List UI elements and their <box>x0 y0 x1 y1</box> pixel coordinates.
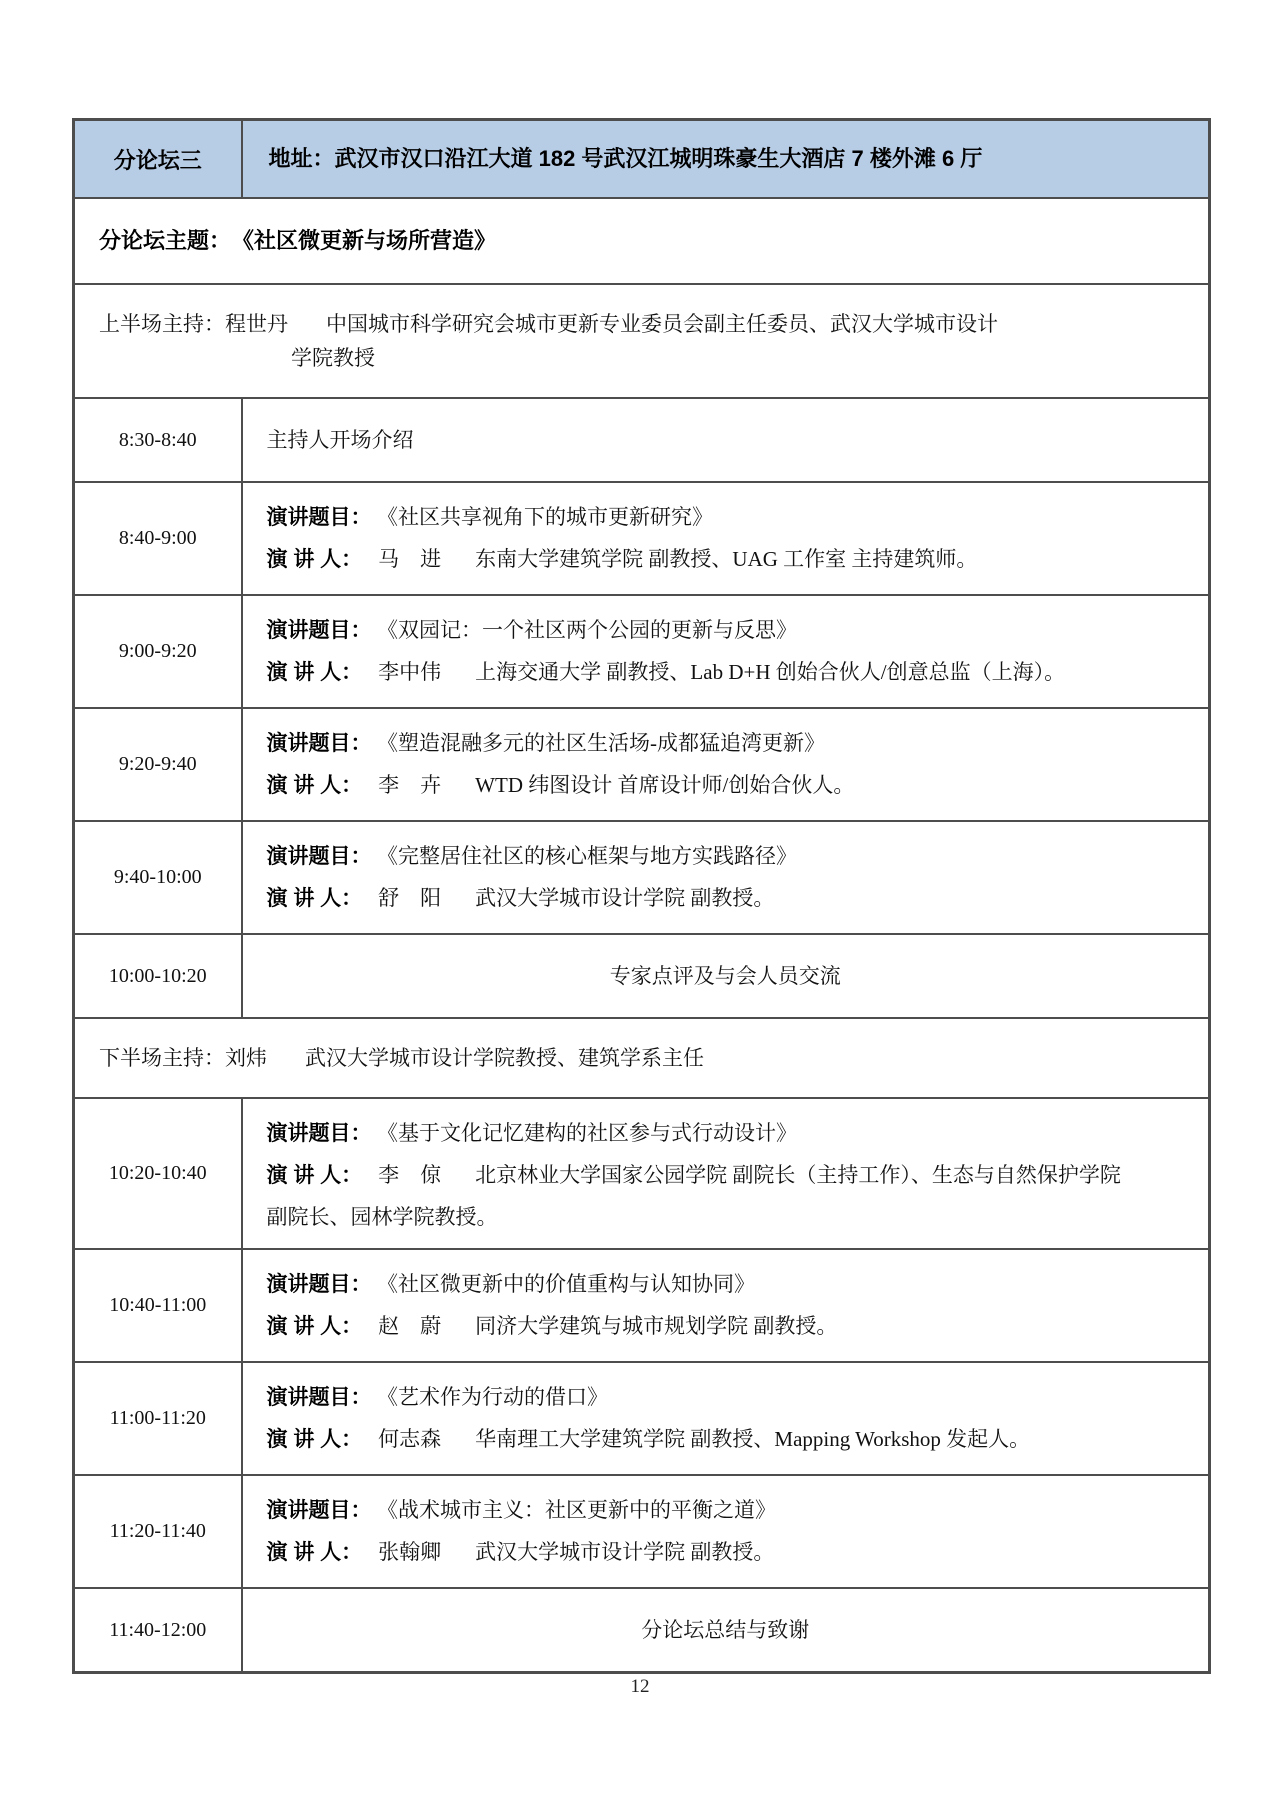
time-cell: 9:00-9:20 <box>74 595 242 708</box>
theme-title: 《社区微更新与场所营造》 <box>243 228 496 253</box>
session-title-line: 演讲题目：《战术城市主义：社区更新中的平衡之道》 <box>267 1491 1185 1530</box>
document-page: 分论坛三地址：武汉市汉口沿江大道 182 号武汉江城明珠豪生大酒店 7 楼外滩 … <box>0 0 1280 1810</box>
session-cell: 演讲题目：《社区共享视角下的城市更新研究》演 讲 人：马 进东南大学建筑学院 副… <box>242 482 1210 595</box>
agenda-row: 9:00-9:20演讲题目：《双园记：一个社区两个公园的更新与反思》演 讲 人：… <box>74 595 1210 708</box>
speaker-name: 张翰卿 <box>378 1540 441 1564</box>
page-number: 12 <box>0 1676 1280 1698</box>
host-line: 下半场主持：刘炜武汉大学城市设计学院教授、建筑学系主任 <box>99 1041 1184 1075</box>
speaker-label: 演 讲 人： <box>267 1428 363 1451</box>
agenda-row: 分论坛主题：《社区微更新与场所营造》 <box>74 198 1210 284</box>
speaker-label: 演 讲 人： <box>267 1541 363 1564</box>
agenda-table: 分论坛三地址：武汉市汉口沿江大道 182 号武汉江城明珠豪生大酒店 7 楼外滩 … <box>72 118 1211 1674</box>
time-cell: 11:40-12:00 <box>74 1588 242 1673</box>
speaker-label: 演 讲 人： <box>267 548 363 571</box>
session-title: 《艺术作为行动的借口》 <box>388 1385 609 1409</box>
time-cell: 8:40-9:00 <box>74 482 242 595</box>
title-label: 演讲题目： <box>267 845 372 868</box>
host-line: 上半场主持：程世丹中国城市科学研究会城市更新专业委员会副主任委员、武汉大学城市设… <box>99 307 1184 341</box>
host-prefix: 上半场主持：程世丹 <box>99 312 288 336</box>
agenda-row: 11:00-11:20演讲题目：《艺术作为行动的借口》演 讲 人：何志森华南理工… <box>74 1362 1210 1475</box>
speaker-name: 赵 蔚 <box>378 1314 441 1338</box>
session-speaker-line: 演 讲 人：李 卉WTD 纬图设计 首席设计师/创始合伙人。 <box>267 766 1185 805</box>
session-cell: 演讲题目：《双园记：一个社区两个公园的更新与反思》演 讲 人：李中伟上海交通大学… <box>242 595 1210 708</box>
session-cell: 分论坛总结与致谢 <box>242 1588 1210 1673</box>
speaker-name: 李 卉 <box>378 773 441 797</box>
speaker-label: 演 讲 人： <box>267 1315 363 1338</box>
session-title: 《双园记：一个社区两个公园的更新与反思》 <box>388 618 798 642</box>
speaker-affiliation: WTD 纬图设计 首席设计师/创始合伙人。 <box>475 773 854 797</box>
forum-label-cell: 分论坛三 <box>74 120 242 199</box>
speaker-name: 李中伟 <box>378 660 441 684</box>
speaker-name: 舒 阳 <box>378 886 441 910</box>
host-prefix: 下半场主持：刘炜 <box>99 1046 267 1070</box>
speaker-name: 何志森 <box>378 1427 441 1451</box>
session-title-line: 演讲题目：《社区微更新中的价值重构与认知协同》 <box>267 1265 1185 1304</box>
agenda-row: 11:20-11:40演讲题目：《战术城市主义：社区更新中的平衡之道》演 讲 人… <box>74 1475 1210 1588</box>
speaker-name: 李 倞 <box>378 1163 441 1187</box>
session-cell: 演讲题目：《艺术作为行动的借口》演 讲 人：何志森华南理工大学建筑学院 副教授、… <box>242 1362 1210 1475</box>
session-note: 分论坛总结与致谢 <box>267 1615 1185 1645</box>
session-speaker-line: 演 讲 人：何志森华南理工大学建筑学院 副教授、Mapping Workshop… <box>267 1420 1185 1459</box>
session-title-line: 演讲题目：《社区共享视角下的城市更新研究》 <box>267 498 1185 537</box>
session-speaker-line: 演 讲 人：李中伟上海交通大学 副教授、Lab D+H 创始合伙人/创意总监（上… <box>267 653 1185 692</box>
speaker-affiliation: 北京林业大学国家公园学院 副院长（主持工作）、生态与自然保护学院 <box>475 1163 1121 1187</box>
speaker-affiliation-cont: 副院长、园林学院教授。 <box>267 1198 1185 1236</box>
session-title: 《战术城市主义：社区更新中的平衡之道》 <box>388 1498 777 1522</box>
speaker-label: 演 讲 人： <box>267 887 363 910</box>
session-cell: 演讲题目：《完整居住社区的核心框架与地方实践路径》演 讲 人：舒 阳武汉大学城市… <box>242 821 1210 934</box>
host-cell: 上半场主持：程世丹中国城市科学研究会城市更新专业委员会副主任委员、武汉大学城市设… <box>74 284 1210 398</box>
session-speaker-line: 演 讲 人：李 倞北京林业大学国家公园学院 副院长（主持工作）、生态与自然保护学… <box>267 1156 1185 1195</box>
session-title-line: 演讲题目：《艺术作为行动的借口》 <box>267 1378 1185 1417</box>
host-affiliation-cont: 学院教授 <box>291 341 1184 375</box>
time-cell: 10:20-10:40 <box>74 1098 242 1249</box>
agenda-row: 上半场主持：程世丹中国城市科学研究会城市更新专业委员会副主任委员、武汉大学城市设… <box>74 284 1210 398</box>
speaker-label: 演 讲 人： <box>267 774 363 797</box>
host-affiliation: 武汉大学城市设计学院教授、建筑学系主任 <box>305 1046 704 1070</box>
speaker-affiliation: 东南大学建筑学院 副教授、UAG 工作室 主持建筑师。 <box>475 547 977 571</box>
speaker-label: 演 讲 人： <box>267 661 363 684</box>
speaker-affiliation: 武汉大学城市设计学院 副教授。 <box>475 1540 774 1564</box>
speaker-affiliation: 华南理工大学建筑学院 副教授、Mapping Workshop 发起人。 <box>475 1427 1030 1451</box>
agenda-row: 9:20-9:40演讲题目：《塑造混融多元的社区生活场-成都猛追湾更新》演 讲 … <box>74 708 1210 821</box>
session-title-line: 演讲题目：《完整居住社区的核心框架与地方实践路径》 <box>267 837 1185 876</box>
title-label: 演讲题目： <box>267 1122 372 1145</box>
title-label: 演讲题目： <box>267 1386 372 1409</box>
theme-cell: 分论坛主题：《社区微更新与场所营造》 <box>74 198 1210 284</box>
session-speaker-line: 演 讲 人：张翰卿武汉大学城市设计学院 副教授。 <box>267 1533 1185 1572</box>
session-cell: 主持人开场介绍 <box>242 398 1210 482</box>
title-label: 演讲题目： <box>267 506 372 529</box>
session-note: 专家点评及与会人员交流 <box>267 961 1185 991</box>
time-cell: 9:40-10:00 <box>74 821 242 934</box>
session-title: 《社区微更新中的价值重构与认知协同》 <box>388 1272 756 1296</box>
session-cell: 演讲题目：《战术城市主义：社区更新中的平衡之道》演 讲 人：张翰卿武汉大学城市设… <box>242 1475 1210 1588</box>
address-cell: 地址：武汉市汉口沿江大道 182 号武汉江城明珠豪生大酒店 7 楼外滩 6 厅 <box>242 120 1210 199</box>
session-note: 主持人开场介绍 <box>267 425 1185 455</box>
session-speaker-line: 演 讲 人：舒 阳武汉大学城市设计学院 副教授。 <box>267 879 1185 918</box>
time-cell: 9:20-9:40 <box>74 708 242 821</box>
speaker-label: 演 讲 人： <box>267 1164 363 1187</box>
session-speaker-line: 演 讲 人：马 进东南大学建筑学院 副教授、UAG 工作室 主持建筑师。 <box>267 540 1185 579</box>
time-cell: 8:30-8:40 <box>74 398 242 482</box>
title-label: 演讲题目： <box>267 1273 372 1296</box>
agenda-row: 10:20-10:40演讲题目：《基于文化记忆建构的社区参与式行动设计》演 讲 … <box>74 1098 1210 1249</box>
session-title: 《塑造混融多元的社区生活场-成都猛追湾更新》 <box>388 731 826 755</box>
agenda-row: 11:40-12:00分论坛总结与致谢 <box>74 1588 1210 1673</box>
theme-label: 分论坛主题： <box>99 228 231 253</box>
agenda-row: 10:40-11:00演讲题目：《社区微更新中的价值重构与认知协同》演 讲 人：… <box>74 1249 1210 1362</box>
session-title: 《社区共享视角下的城市更新研究》 <box>388 505 714 529</box>
session-cell: 演讲题目：《社区微更新中的价值重构与认知协同》演 讲 人：赵 蔚同济大学建筑与城… <box>242 1249 1210 1362</box>
host-affiliation: 中国城市科学研究会城市更新专业委员会副主任委员、武汉大学城市设计 <box>326 312 998 336</box>
session-title: 《基于文化记忆建构的社区参与式行动设计》 <box>388 1121 798 1145</box>
speaker-affiliation: 同济大学建筑与城市规划学院 副教授。 <box>475 1314 837 1338</box>
speaker-affiliation: 上海交通大学 副教授、Lab D+H 创始合伙人/创意总监（上海）。 <box>475 660 1065 684</box>
title-label: 演讲题目： <box>267 619 372 642</box>
time-cell: 11:00-11:20 <box>74 1362 242 1475</box>
session-title-line: 演讲题目：《双园记：一个社区两个公园的更新与反思》 <box>267 611 1185 650</box>
session-cell: 演讲题目：《基于文化记忆建构的社区参与式行动设计》演 讲 人：李 倞北京林业大学… <box>242 1098 1210 1249</box>
title-label: 演讲题目： <box>267 732 372 755</box>
time-cell: 10:40-11:00 <box>74 1249 242 1362</box>
speaker-affiliation: 武汉大学城市设计学院 副教授。 <box>475 886 774 910</box>
session-title-line: 演讲题目：《基于文化记忆建构的社区参与式行动设计》 <box>267 1114 1185 1153</box>
agenda-row: 10:00-10:20专家点评及与会人员交流 <box>74 934 1210 1018</box>
agenda-row: 分论坛三地址：武汉市汉口沿江大道 182 号武汉江城明珠豪生大酒店 7 楼外滩 … <box>74 120 1210 199</box>
agenda-row: 8:40-9:00演讲题目：《社区共享视角下的城市更新研究》演 讲 人：马 进东… <box>74 482 1210 595</box>
session-speaker-line: 演 讲 人：赵 蔚同济大学建筑与城市规划学院 副教授。 <box>267 1307 1185 1346</box>
agenda-body: 分论坛三地址：武汉市汉口沿江大道 182 号武汉江城明珠豪生大酒店 7 楼外滩 … <box>74 120 1210 1673</box>
session-cell: 专家点评及与会人员交流 <box>242 934 1210 1018</box>
agenda-row: 下半场主持：刘炜武汉大学城市设计学院教授、建筑学系主任 <box>74 1018 1210 1098</box>
session-title-line: 演讲题目：《塑造混融多元的社区生活场-成都猛追湾更新》 <box>267 724 1185 763</box>
agenda-row: 8:30-8:40主持人开场介绍 <box>74 398 1210 482</box>
title-label: 演讲题目： <box>267 1499 372 1522</box>
host-cell: 下半场主持：刘炜武汉大学城市设计学院教授、建筑学系主任 <box>74 1018 1210 1098</box>
agenda-row: 9:40-10:00演讲题目：《完整居住社区的核心框架与地方实践路径》演 讲 人… <box>74 821 1210 934</box>
speaker-name: 马 进 <box>378 547 441 571</box>
time-cell: 11:20-11:40 <box>74 1475 242 1588</box>
session-title: 《完整居住社区的核心框架与地方实践路径》 <box>388 844 798 868</box>
session-cell: 演讲题目：《塑造混融多元的社区生活场-成都猛追湾更新》演 讲 人：李 卉WTD … <box>242 708 1210 821</box>
time-cell: 10:00-10:20 <box>74 934 242 1018</box>
